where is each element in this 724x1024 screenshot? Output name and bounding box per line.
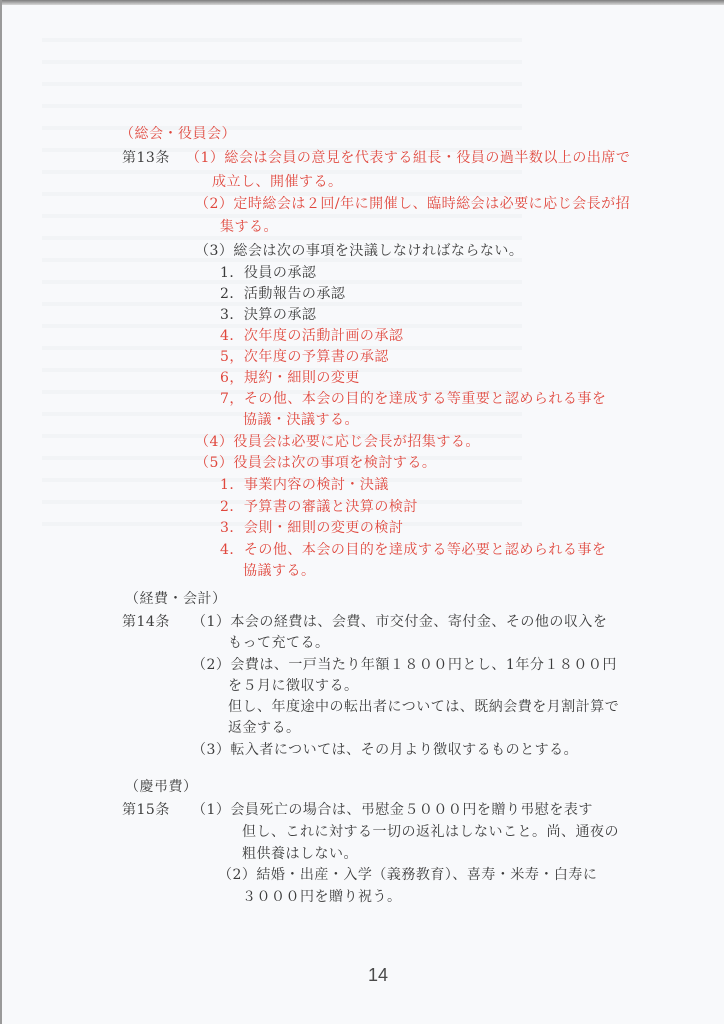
board-item-4: 4．その他、本会の目的を達成する等必要と認められる事を bbox=[220, 540, 606, 560]
article-13-clause-2: （2）定時総会は２回/年に開催し、臨時総会は必要に応じ会長が招 bbox=[195, 194, 630, 214]
article-15-label: 第15条 bbox=[122, 800, 170, 820]
resolution-item-2: 2．活動報告の承認 bbox=[220, 284, 345, 304]
article-15-clause-1-cont: 粗供養はしない。 bbox=[242, 844, 358, 864]
article-13-clause-1: （1）総会は会員の意見を代表する組長・役員の過半数以上の出席で bbox=[186, 148, 630, 168]
article-13-label: 第13条 bbox=[122, 148, 170, 168]
article-14-clause-1: （1）本会の経費は、会費、市交付金、寄付金、その他の収入を bbox=[192, 612, 607, 632]
resolution-item-5: 5，次年度の予算書の承認 bbox=[220, 347, 389, 367]
scanned-page: （総会・役員会） 第13条 （1）総会は会員の意見を代表する組長・役員の過半数以… bbox=[0, 0, 724, 1024]
article-15-clause-2-cont: ３０００円を贈り祝う。 bbox=[242, 887, 402, 907]
resolution-item-4: 4．次年度の活動計画の承認 bbox=[220, 326, 403, 346]
board-item-4-cont: 協議する。 bbox=[243, 561, 316, 581]
article-14-clause-1-cont: もって充てる。 bbox=[228, 633, 330, 653]
article-15-clause-1-proviso: 但し、これに対する一切の返礼はしないこと。尚、通夜の bbox=[242, 822, 619, 842]
resolution-item-6: 6，規約・細則の変更 bbox=[220, 368, 360, 388]
resolution-item-7: 7，その他、本会の目的を達成する等重要と認められる事を bbox=[220, 389, 606, 409]
article-14-clause-2-proviso: 但し、年度途中の転出者については、既納会費を月割計算で bbox=[228, 697, 619, 717]
article-13-clause-1-cont: 成立し、開催する。 bbox=[212, 172, 343, 192]
article-14-clause-3: （3）転入者については、その月より徴収するものとする。 bbox=[192, 740, 578, 760]
article-14-clause-2: （2）会費は、一戸当たり年額１８００円とし、1年分１８００円 bbox=[192, 655, 617, 675]
article-13-clause-4: （4）役員会は必要に応じ会長が招集する。 bbox=[195, 432, 480, 452]
article-13-clause-2-cont: 集する。 bbox=[220, 217, 278, 237]
page-number: 14 bbox=[368, 965, 388, 986]
article-14-clause-2-proviso-cont: 返金する。 bbox=[228, 718, 301, 738]
article-15-clause-2: （2）結婚・出産・入学（義務教育）、喜寿・米寿・白寿に bbox=[218, 865, 597, 885]
resolution-item-7-cont: 協議・決議する。 bbox=[243, 410, 359, 430]
board-item-2: 2．予算書の審議と決算の検討 bbox=[220, 497, 418, 517]
resolution-item-1: 1．役員の承認 bbox=[220, 263, 316, 283]
scan-top-edge bbox=[2, 0, 724, 5]
article-14-label: 第14条 bbox=[122, 612, 170, 632]
article-13-clause-5: （5）役員会は次の事項を検討する。 bbox=[195, 453, 436, 473]
section-heading-general-meeting: （総会・役員会） bbox=[120, 124, 236, 144]
board-item-3: 3．会則・細則の変更の検討 bbox=[220, 518, 403, 538]
board-item-1: 1．事業内容の検討・決議 bbox=[220, 475, 389, 495]
article-13-clause-3: （3）総会は次の事項を決議しなければならない。 bbox=[195, 241, 523, 261]
article-14-clause-2-cont: を５月に徴収する。 bbox=[228, 676, 359, 696]
article-15-clause-1: （1）会員死亡の場合は、弔慰金５０００円を贈り弔慰を表す bbox=[192, 800, 593, 820]
section-heading-condolence: （慶弔費） bbox=[125, 777, 198, 797]
section-heading-expenses: （経費・会計） bbox=[125, 589, 227, 609]
resolution-item-3: 3．決算の承認 bbox=[220, 305, 316, 325]
